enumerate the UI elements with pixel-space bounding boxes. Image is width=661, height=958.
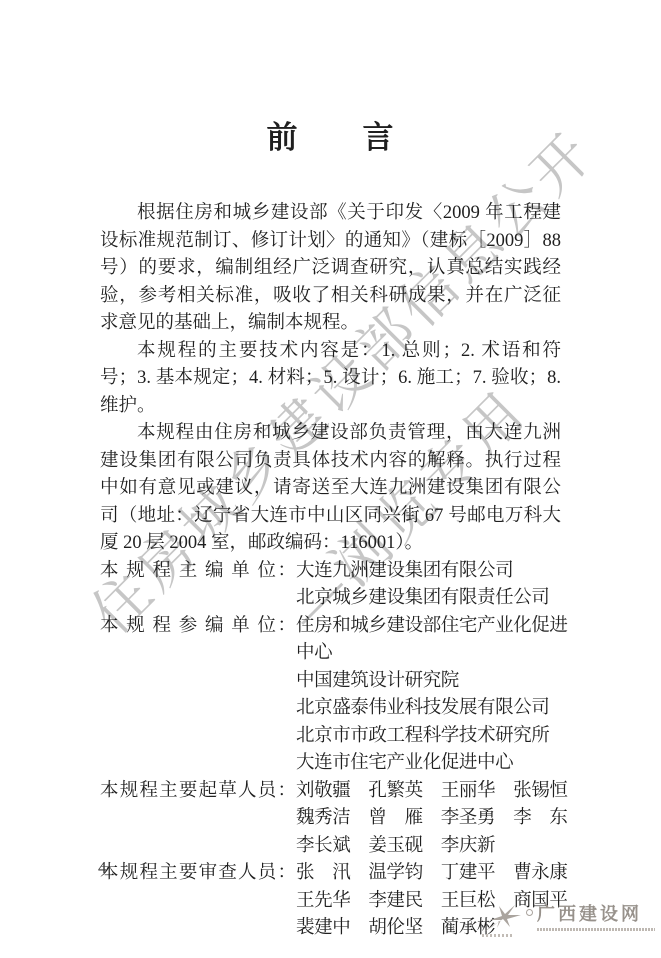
section-line: 北京市市政工程科学技术研究所 [296,723,568,751]
section-line: 住房和城乡建设部住宅产业化促进 [296,613,568,641]
site-name: 广西建设网 [537,903,655,925]
section-line: 中国建筑设计研究院 [296,668,568,696]
paragraph: 本规程由住房和城乡建设部负责管理，由大连九洲建设集团有限公司负责具体技术内容的解… [100,420,561,558]
section-label: 本 规 程 参 编 单 位： [100,613,296,641]
section-line: 中心 [296,640,568,668]
text-column: 前 言 根据住房和城乡建设部《关于印发〈2009 年工程建设标准规范制订、修订计… [100,118,561,943]
logo-dot-icon [526,909,533,916]
paragraph: 本规程的主要技术内容是：1. 总则；2. 术语和符号；3. 基本规定；4. 材料… [100,338,561,421]
section-line: 北京盛泰伟业科技发展有限公司 [296,695,568,723]
star-swoosh-icon [482,903,522,937]
paragraph: 根据住房和城乡建设部《关于印发〈2009 年工程建设标准规范制订、修订计划〉的通… [100,200,561,338]
section-label: 本规程主要起草人员： [100,778,296,806]
section-lines: 大连九洲建设集团有限公司 北京城乡建设集团有限责任公司 [296,558,561,613]
page-title: 前 言 [100,118,561,158]
section-lines: 住房和城乡建设部住宅产业化促进 中心 中国建筑设计研究院 北京盛泰伟业科技发展有… [296,613,568,778]
section-participating-units: 本 规 程 参 编 单 位： 住房和城乡建设部住宅产业化促进 中心 中国建筑设计… [100,613,561,778]
section-line: 北京城乡建设集团有限责任公司 [296,585,561,613]
section-line: 大连市住宅产业化促进中心 [296,750,568,778]
section-line: 张 汛 温学钧 丁建平 曹永康 [296,860,568,888]
section-lines: 刘敬疆 孔繁英 王丽华 张锡恒 魏秀洁 曾 雁 李圣勇 李 东 李长斌 姜玉砚 … [296,778,568,861]
page-number: 4 [98,858,107,878]
section-label: 本 规 程 主 编 单 位： [100,558,296,586]
section-line: 大连九洲建设集团有限公司 [296,558,561,586]
section-label: 本规程主要审查人员： [100,860,296,888]
document-page: 住房城乡建设部信息公开 —浏览专用 前 言 根据住房和城乡建设部《关于印发〈20… [0,0,661,958]
section-line: 刘敬疆 孔繁英 王丽华 张锡恒 [296,778,568,806]
section-chief-editing-units: 本 规 程 主 编 单 位： 大连九洲建设集团有限公司 北京城乡建设集团有限责任… [100,558,561,613]
section-line: 魏秀洁 曾 雁 李圣勇 李 东 [296,805,568,833]
section-line: 李长斌 姜玉砚 李庆新 [296,833,568,861]
section-drafters: 本规程主要起草人员： 刘敬疆 孔繁英 王丽华 张锡恒 魏秀洁 曾 雁 李圣勇 李… [100,778,561,861]
footer-logo: 广西建设网 [482,903,655,937]
logo-microtext [482,934,512,937]
logo-tagline-microtext [537,928,655,931]
